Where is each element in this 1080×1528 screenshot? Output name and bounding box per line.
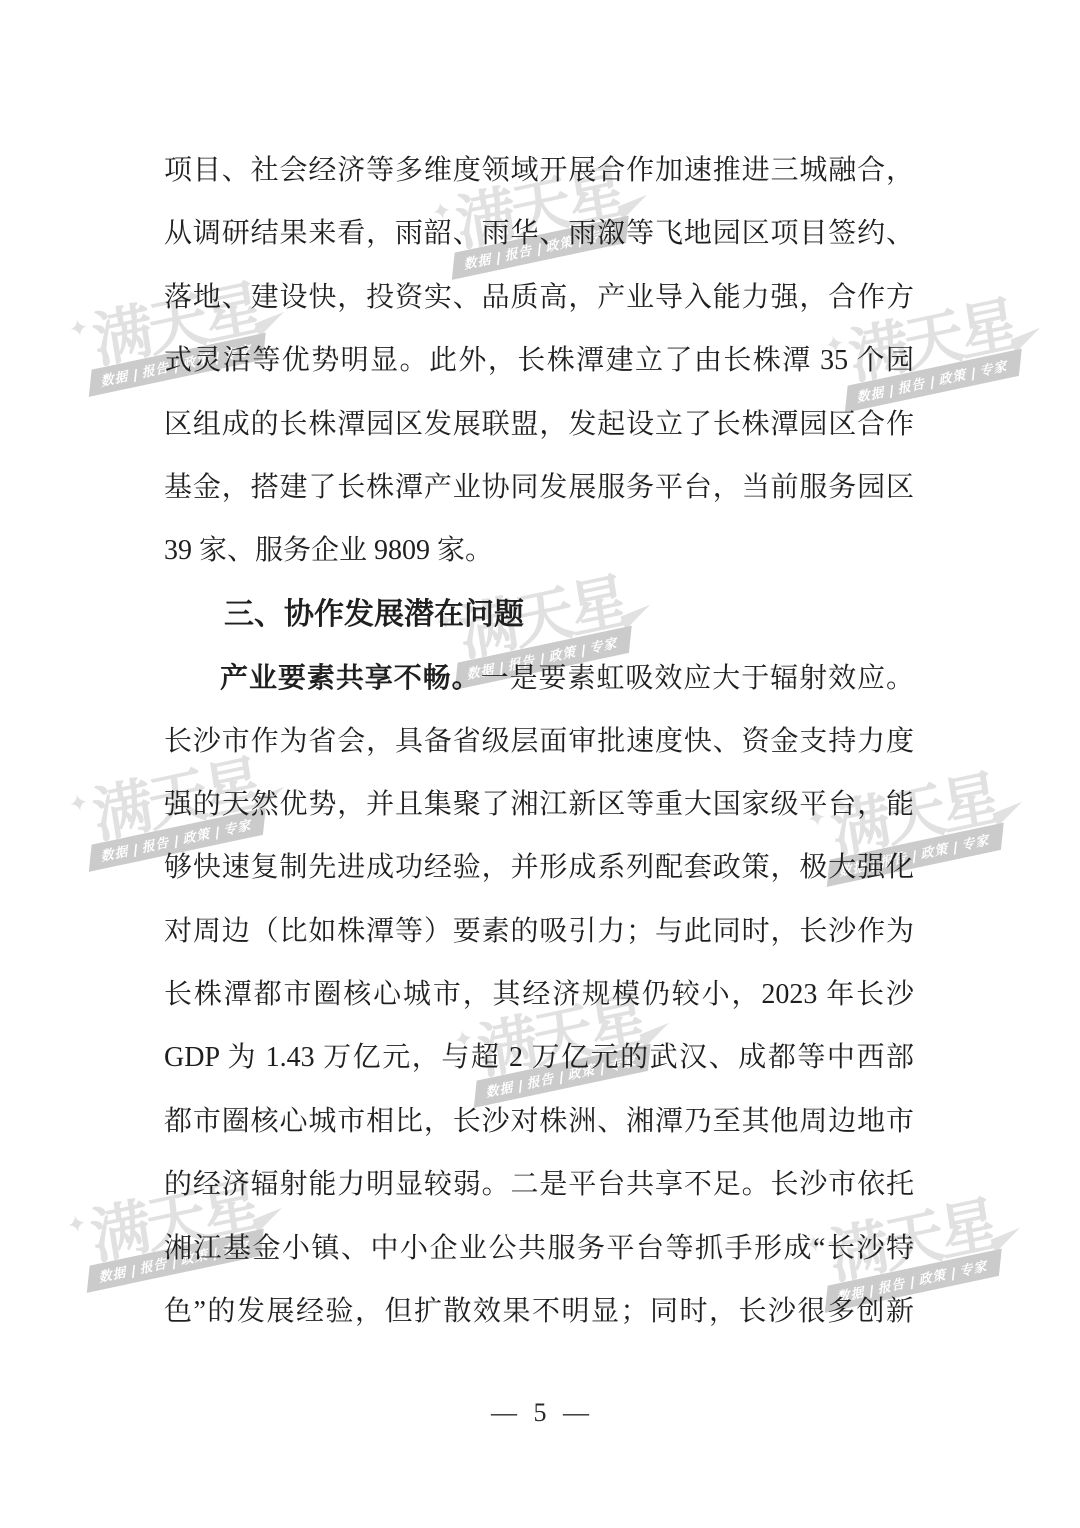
text-line: 落地、建设快，投资实、品质高，产业导入能力强，合作方 — [164, 266, 914, 329]
text-run: 够快速复制先进成功经验，并形成系列配套政策，极大强化 — [164, 852, 914, 883]
star-icon: ✦ — [65, 1212, 90, 1240]
text-line: GDP 为 1.43 万亿元，与超 2 万亿元的武汉、成都等中西部 — [164, 1026, 914, 1089]
page-number: — 5 — — [0, 1398, 1080, 1428]
text-line: 的经济辐射能力明显较弱。二是平台共享不足。长沙市依托 — [164, 1153, 914, 1216]
text-line: 项目、社会经济等多维度领域开展合作加速推进三城融合， — [164, 139, 914, 202]
text-line: 都市圈核心城市相比，长沙对株洲、湘潭乃至其他周边地市 — [164, 1090, 914, 1153]
text-run: GDP 为 1.43 万亿元，与超 2 万亿元的武汉、成都等中西部 — [164, 1042, 914, 1073]
text-run: 项目、社会经济等多维度领域开展合作加速推进三城融合， — [164, 155, 914, 186]
text-line: 湘江基金小镇、中小企业公共服务平台等抓手形成“长沙特 — [164, 1217, 914, 1280]
document-body: 项目、社会经济等多维度领域开展合作加速推进三城融合，从调研结果来看，雨韶、雨华、… — [164, 0, 914, 1343]
text-run: 色”的发展经验，但扩散效果不明显；同时，长沙很多创新 — [164, 1296, 914, 1327]
text-run: 39 家、服务企业 9809 家。 — [164, 535, 493, 566]
text-run: 从调研结果来看，雨韶、雨华、雨溆等飞地园区项目签约、 — [164, 218, 914, 249]
swoosh-icon — [1011, 328, 1046, 353]
text-line: 对周边（比如株潭等）要素的吸引力；与此同时，长沙作为 — [164, 900, 914, 963]
text-line: 产业要素共享不畅。一是要素虹吸效应大于辐射效应。 — [164, 646, 914, 709]
bold-text-run: 三、协作发展潜在问题 — [224, 598, 524, 631]
text-line: 色”的发展经验，但扩散效果不明显；同时，长沙很多创新 — [164, 1280, 914, 1343]
text-run: 基金，搭建了长株潭产业协同发展服务平台，当前服务园区 — [164, 472, 914, 503]
star-icon: ✦ — [67, 791, 92, 819]
swoosh-icon — [991, 1228, 1026, 1253]
text-run: 区组成的长株潭园区发展联盟，发起设立了长株潭园区合作 — [164, 409, 914, 440]
text-run: 都市圈核心城市相比，长沙对株洲、湘潭乃至其他周边地市 — [164, 1106, 914, 1137]
text-run: 对周边（比如株潭等）要素的吸引力；与此同时，长沙作为 — [164, 916, 914, 947]
text-line: 长沙市作为省会，具备省级层面审批速度快、资金支持力度 — [164, 710, 914, 773]
text-run: 的经济辐射能力明显较弱。二是平台共享不足。长沙市依托 — [164, 1169, 914, 1200]
text-line: 长株潭都市圈核心城市，其经济规模仍较小，2023 年长沙 — [164, 963, 914, 1026]
text-line: 够快速复制先进成功经验，并形成系列配套政策，极大强化 — [164, 836, 914, 899]
star-icon: ✦ — [67, 316, 92, 344]
text-line: 从调研结果来看，雨韶、雨华、雨溆等飞地园区项目签约、 — [164, 202, 914, 265]
text-run: 强的天然优势，并且集聚了湘江新区等重大国家级平台，能 — [164, 789, 914, 820]
text-run: 一是要素虹吸效应大于辐射效应。 — [481, 663, 914, 694]
text-line: 39 家、服务企业 9809 家。 — [164, 519, 914, 582]
bold-text-run: 产业要素共享不畅。 — [220, 662, 481, 693]
text-line: 区组成的长株潭园区发展联盟，发起设立了长株潭园区合作 — [164, 393, 914, 456]
text-run: 湘江基金小镇、中小企业公共服务平台等抓手形成“长沙特 — [164, 1233, 914, 1264]
text-run: 长株潭都市圈核心城市，其经济规模仍较小，2023 年长沙 — [164, 979, 914, 1010]
swoosh-icon — [993, 802, 1028, 827]
text-run: 落地、建设快，投资实、品质高，产业导入能力强，合作方 — [164, 282, 914, 313]
text-run: 长沙市作为省会，具备省级层面审批速度快、资金支持力度 — [164, 726, 914, 757]
section-heading: 三、协作发展潜在问题 — [164, 583, 914, 646]
text-line: 强的天然优势，并且集聚了湘江新区等重大国家级平台，能 — [164, 773, 914, 836]
document-page: ✦ 满天星 数据 | 报告 | 政策 | 专家 ✦ 满天星 数据 | 报告 | … — [0, 0, 1080, 1528]
text-run: 式灵活等优势明显。此外，长株潭建立了由长株潭 35 个园 — [164, 345, 914, 376]
text-line: 基金，搭建了长株潭产业协同发展服务平台，当前服务园区 — [164, 456, 914, 519]
text-line: 式灵活等优势明显。此外，长株潭建立了由长株潭 35 个园 — [164, 329, 914, 392]
